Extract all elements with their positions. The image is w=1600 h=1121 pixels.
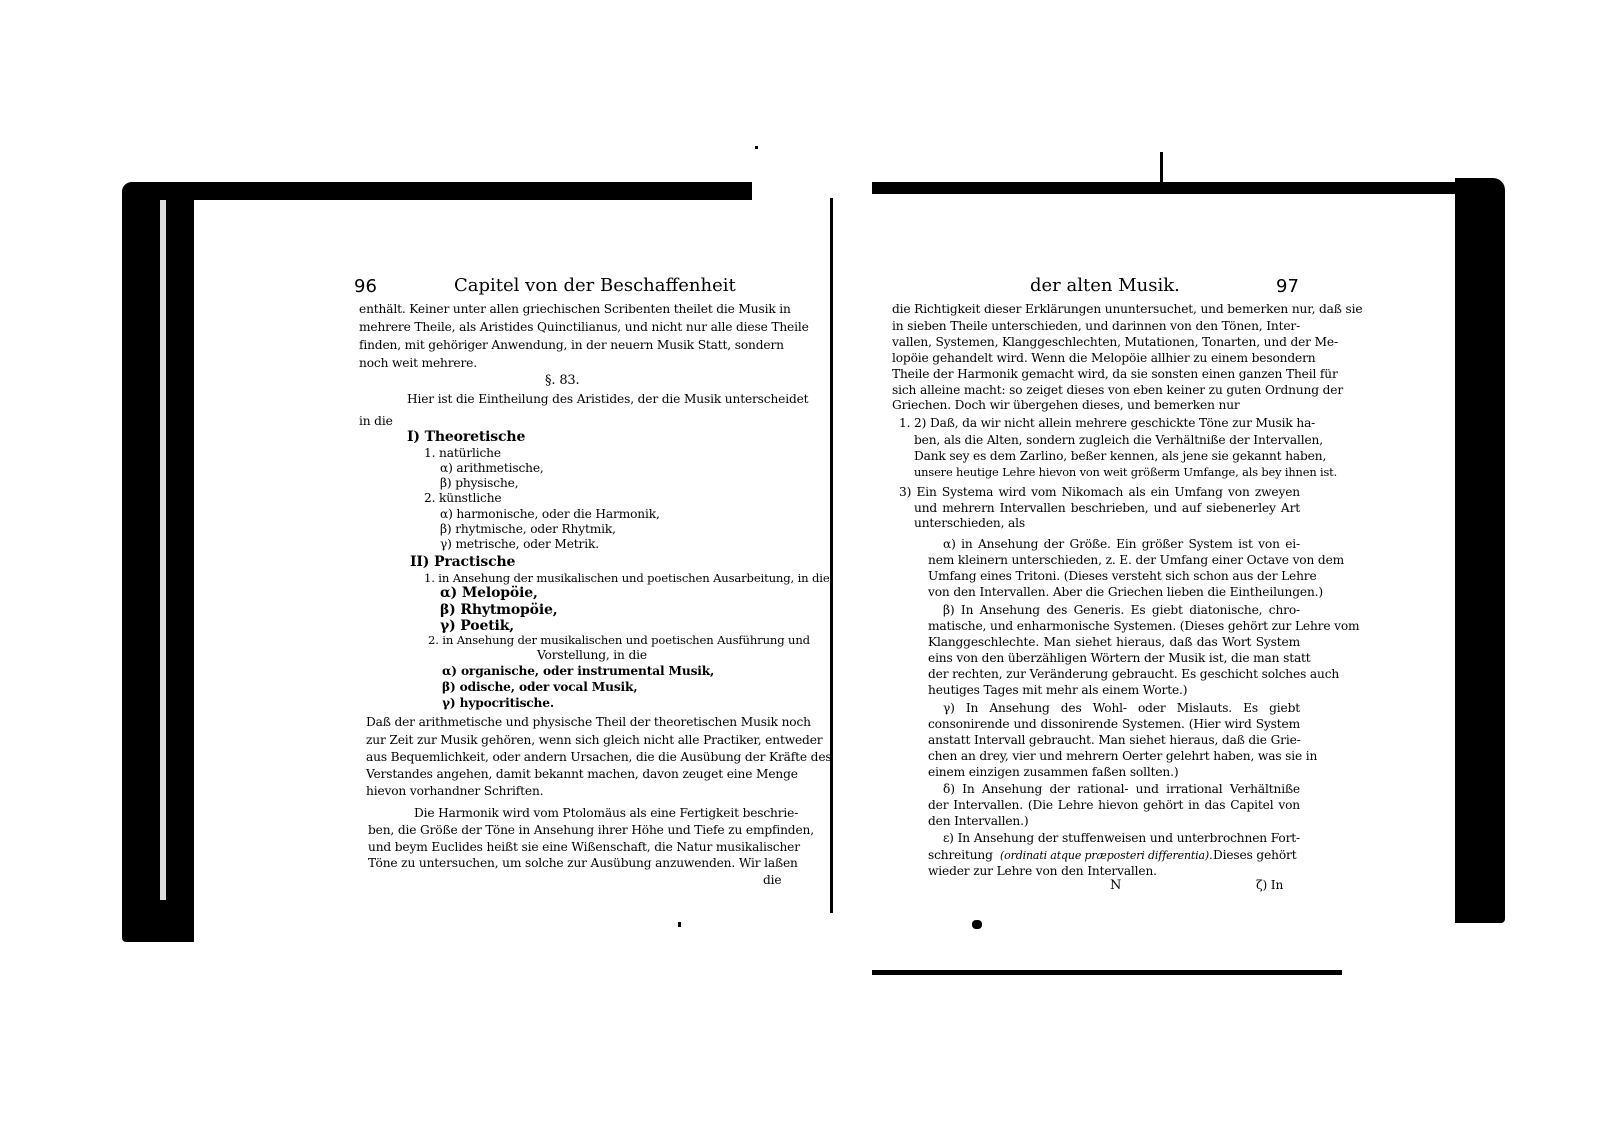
left-page-inner-light-strip	[160, 200, 166, 900]
section-heading: §. 83.	[545, 373, 580, 388]
text-line: in die	[359, 414, 393, 429]
text-line: Töne zu untersuchen, um solche zur Ausüb…	[368, 856, 778, 871]
outline-item: γ) Poetik,	[440, 619, 514, 634]
outline-item: γ) hypocritische.	[442, 696, 554, 711]
text-line: vallen, Systemen, Klanggeschlechten, Mut…	[892, 335, 1300, 350]
outline-item: β) physische,	[440, 476, 518, 491]
sub-item-text: der rechten, zur Veränderung gebraucht. …	[928, 667, 1300, 682]
text-line: Hier ist die Eintheilung des Aristides, …	[407, 392, 771, 407]
list-item-text: 1. 2) Daß, da wir nicht allein mehrere g…	[899, 416, 1300, 431]
outline-item: α) organische, oder instrumental Musik,	[442, 664, 714, 679]
outline-item: I) Theoretische	[407, 430, 525, 445]
running-head-left: Capitel von der Beschaffenheit	[454, 275, 736, 297]
scan-speck	[678, 922, 681, 927]
list-item-text: Dank sey es dem Zarlino, beßer kennen, a…	[914, 449, 1300, 464]
page-number-left: 96	[354, 276, 377, 298]
sub-item-text: β) In Ansehung des Generis. Es giebt dia…	[943, 603, 1300, 618]
outline-item: β) rhytmische, oder Rhytmik,	[440, 522, 616, 537]
outline-item: 2. künstliche	[424, 491, 501, 506]
outline-item: α) arithmetische,	[440, 461, 544, 476]
scan-speck	[755, 146, 758, 149]
sub-item-text: einem einzigen zusammen faßen sollten.)	[928, 765, 1178, 780]
sub-item-text: ε) In Ansehung der stuffenweisen und unt…	[943, 831, 1300, 846]
text-line: noch weit mehrere.	[359, 356, 477, 371]
catchword-left: die	[763, 873, 781, 888]
outline-item: 1. in Ansehung der musikalischen und poe…	[424, 571, 830, 586]
text-line: und beym Euclides heißt sie eine Wißensc…	[368, 840, 778, 855]
text-line: finden, mit gehöriger Anwendung, in der …	[359, 338, 769, 353]
right-page-bottom-edge	[872, 970, 1342, 975]
text-line: Theile der Harmonik gemacht wird, da sie…	[892, 367, 1300, 382]
text-line: lopöie gehandelt wird. Wenn die Melopöie…	[892, 351, 1300, 366]
sub-item-text: α) in Ansehung der Größe. Ein größer Sys…	[943, 537, 1300, 552]
gutter-line	[830, 198, 833, 913]
outline-item: 1. natürliche	[424, 446, 501, 461]
outline-item: β) Rhytmopöie,	[440, 603, 558, 618]
text-line: Griechen. Doch wir übergehen dieses, und…	[892, 398, 1240, 413]
text-line: Daß der arithmetische und physische Thei…	[366, 715, 778, 730]
sub-item-text: schreitung	[928, 848, 993, 863]
signature-mark: N	[1110, 878, 1121, 893]
sub-item-text: δ) In Ansehung der rational- und irratio…	[943, 782, 1300, 797]
text-line: Verstandes angehen, damit bekannt machen…	[366, 767, 778, 782]
scan-speck	[1160, 152, 1163, 182]
text-line: ben, die Größe der Töne in Ansehung ihre…	[368, 823, 778, 838]
text-line: mehrere Theile, als Aristides Quinctilia…	[359, 320, 769, 335]
text-line: hievon vorhandner Schriften.	[366, 784, 543, 799]
sub-item-text: consonirende und dissonirende Systemen. …	[928, 717, 1300, 732]
text-line: sich alleine macht: so zeiget dieses von…	[892, 383, 1300, 398]
sub-item-text: wieder zur Lehre von den Intervallen.	[928, 864, 1157, 879]
sub-item-text: Klanggeschlechte. Man siehet hieraus, da…	[928, 635, 1300, 650]
page-number-right: 97	[1276, 276, 1299, 298]
catchword-right: ζ) In	[1256, 878, 1283, 893]
outline-item: γ) metrische, oder Metrik.	[440, 537, 599, 552]
sub-item-text: der Intervallen. (Die Lehre hievon gehör…	[928, 798, 1300, 813]
sub-item-text: γ) In Ansehung des Wohl- oder Mislauts. …	[943, 701, 1300, 716]
sub-item-text: von den Intervallen. Aber die Griechen l…	[928, 585, 1300, 600]
sub-item-text: eins von den überzähligen Wörtern der Mu…	[928, 651, 1300, 666]
sub-item-text: anstatt Intervall gebraucht. Man siehet …	[928, 733, 1300, 748]
sub-item-text: Dieses gehört	[1213, 848, 1296, 863]
sub-item-text: chen an drey, vier und mehrern Oerter ge…	[928, 749, 1300, 764]
sub-item-text: heutiges Tages mit mehr als einem Worte.…	[928, 683, 1187, 698]
outline-item: α) harmonische, oder die Harmonik,	[440, 507, 660, 522]
running-head-right: der alten Musik.	[1030, 275, 1180, 297]
latin-phrase: (ordinati atque præposteri differentia).	[1000, 848, 1212, 863]
text-line: zur Zeit zur Musik gehören, wenn sich gl…	[366, 733, 778, 748]
text-line: die Richtigkeit dieser Erklärungen ununt…	[892, 302, 1300, 317]
book-cover-right-edge	[1455, 178, 1505, 923]
sub-item-text: Umfang eines Tritoni. (Dieses versteht s…	[928, 569, 1300, 584]
sub-item-text: matische, und enharmonische Systemen. (D…	[928, 619, 1300, 634]
list-item-text: 3) Ein Systema wird vom Nikomach als ein…	[899, 485, 1300, 500]
outline-item: II) Practische	[410, 555, 515, 570]
outline-item: 2. in Ansehung der musikalischen und poe…	[428, 633, 810, 648]
text-line: aus Bequemlichkeit, oder andern Ursachen…	[366, 750, 778, 765]
book-cover-right-top-edge	[872, 182, 1492, 194]
scan-speck	[972, 920, 982, 929]
list-item-text: ben, als die Alten, sondern zugleich die…	[914, 433, 1300, 448]
outline-item: Vorstellung, in die	[537, 648, 647, 663]
outline-item: β) odische, oder vocal Musik,	[442, 680, 637, 695]
list-item-text: unterschieden, als	[914, 516, 1025, 531]
outline-item: α) Melopöie,	[440, 586, 538, 601]
list-item-text: und mehrern Intervallen beschrieben, und…	[914, 501, 1300, 516]
book-cover-left-top-edge	[122, 182, 752, 200]
sub-item-text: nem kleinern unterschieden, z. E. der Um…	[928, 553, 1300, 568]
text-line: Die Harmonik wird vom Ptolomäus als eine…	[414, 806, 778, 821]
text-line: enthält. Keiner unter allen griechischen…	[359, 302, 769, 317]
list-item-text: unsere heutige Lehre hievon von weit grö…	[914, 465, 1300, 480]
sub-item-text: den Intervallen.)	[928, 814, 1028, 829]
text-line: in sieben Theile unterschieden, und dari…	[892, 319, 1300, 334]
book-cover-left-edge	[122, 182, 194, 942]
